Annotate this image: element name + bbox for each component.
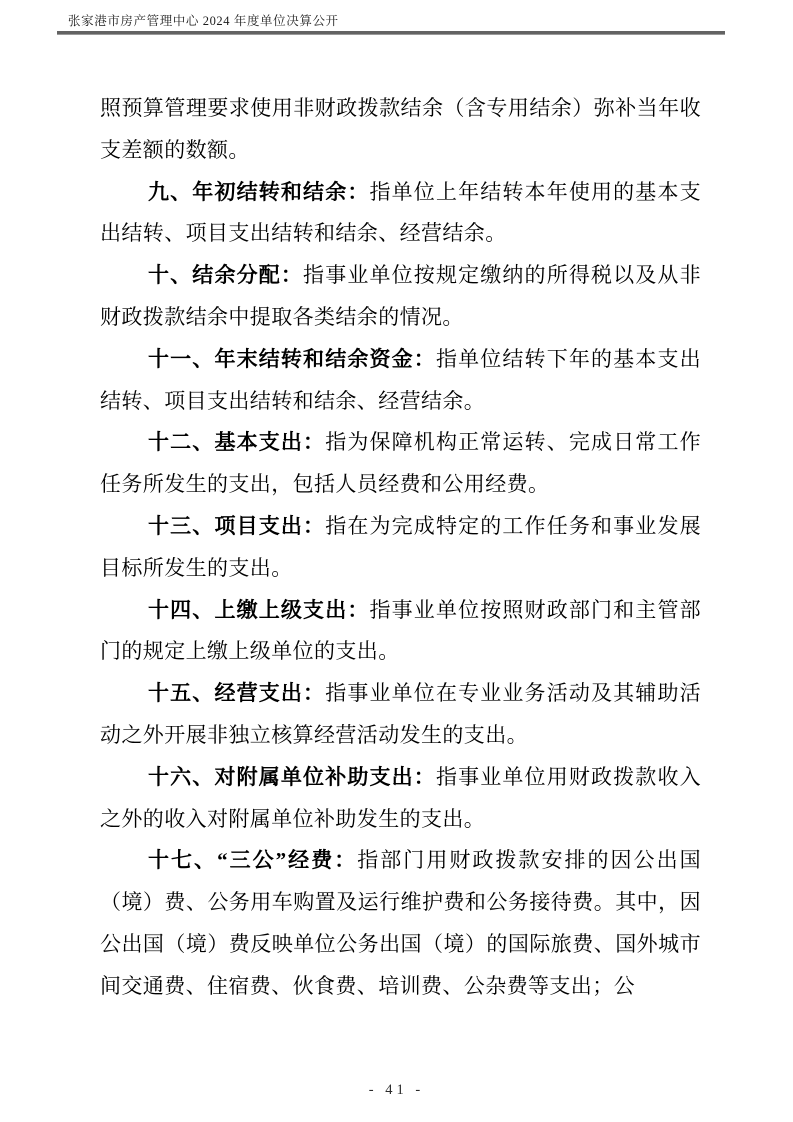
page-footer: - 41 - <box>0 1082 793 1099</box>
term-label: 十六、对附属单位补助支出： <box>148 765 436 789</box>
term-label: 十一、年末结转和结余资金： <box>148 347 436 371</box>
term-label: 十七、“三公”经费： <box>148 848 357 872</box>
paragraph-term-13: 十三、项目支出：指在为完成特定的工作任务和事业发展目标所发生的支出。 <box>100 506 701 590</box>
paragraph-text: 照预算管理要求使用非财政拨款结余（含专用结余）弥补当年收支差额的数额。 <box>100 96 701 162</box>
header-title: 张家港市房产管理中心 2024 年度单位决算公开 <box>57 14 725 29</box>
paragraph-continuation: 照预算管理要求使用非财政拨款结余（含专用结余）弥补当年收支差额的数额。 <box>100 88 701 172</box>
term-label: 十、结余分配： <box>148 263 303 287</box>
term-label: 十五、经营支出： <box>148 681 325 705</box>
term-label: 九、年初结转和结余： <box>148 180 370 204</box>
paragraph-term-10: 十、结余分配：指事业单位按规定缴纳的所得税以及从非财政拨款结余中提取各类结余的情… <box>100 255 701 339</box>
paragraph-term-17: 十七、“三公”经费：指部门用财政拨款安排的因公出国（境）费、公务用车购置及运行维… <box>100 840 701 1007</box>
paragraph-term-12: 十二、基本支出：指为保障机构正常运转、完成日常工作任务所发生的支出，包括人员经费… <box>100 422 701 506</box>
paragraph-term-11: 十一、年末结转和结余资金：指单位结转下年的基本支出结转、项目支出结转和结余、经营… <box>100 339 701 423</box>
term-label: 十二、基本支出： <box>148 430 325 454</box>
paragraph-term-15: 十五、经营支出：指事业单位在专业业务活动及其辅助活动之外开展非独立核算经营活动发… <box>100 673 701 757</box>
page-header: 张家港市房产管理中心 2024 年度单位决算公开 <box>57 14 725 35</box>
document-page: 张家港市房产管理中心 2024 年度单位决算公开 照预算管理要求使用非财政拨款结… <box>0 0 793 1122</box>
paragraph-term-14: 十四、上缴上级支出：指事业单位按照财政部门和主管部门的规定上缴上级单位的支出。 <box>100 590 701 674</box>
header-rule <box>57 31 725 35</box>
paragraph-term-9: 九、年初结转和结余：指单位上年结转本年使用的基本支出结转、项目支出结转和结余、经… <box>100 172 701 256</box>
document-body: 照预算管理要求使用非财政拨款结余（含专用结余）弥补当年收支差额的数额。 九、年初… <box>100 88 701 1008</box>
term-label: 十四、上缴上级支出： <box>148 598 370 622</box>
page-number: - 41 - <box>369 1082 424 1098</box>
paragraph-term-16: 十六、对附属单位补助支出：指事业单位用财政拨款收入之外的收入对附属单位补助发生的… <box>100 757 701 841</box>
term-label: 十三、项目支出： <box>148 514 325 538</box>
